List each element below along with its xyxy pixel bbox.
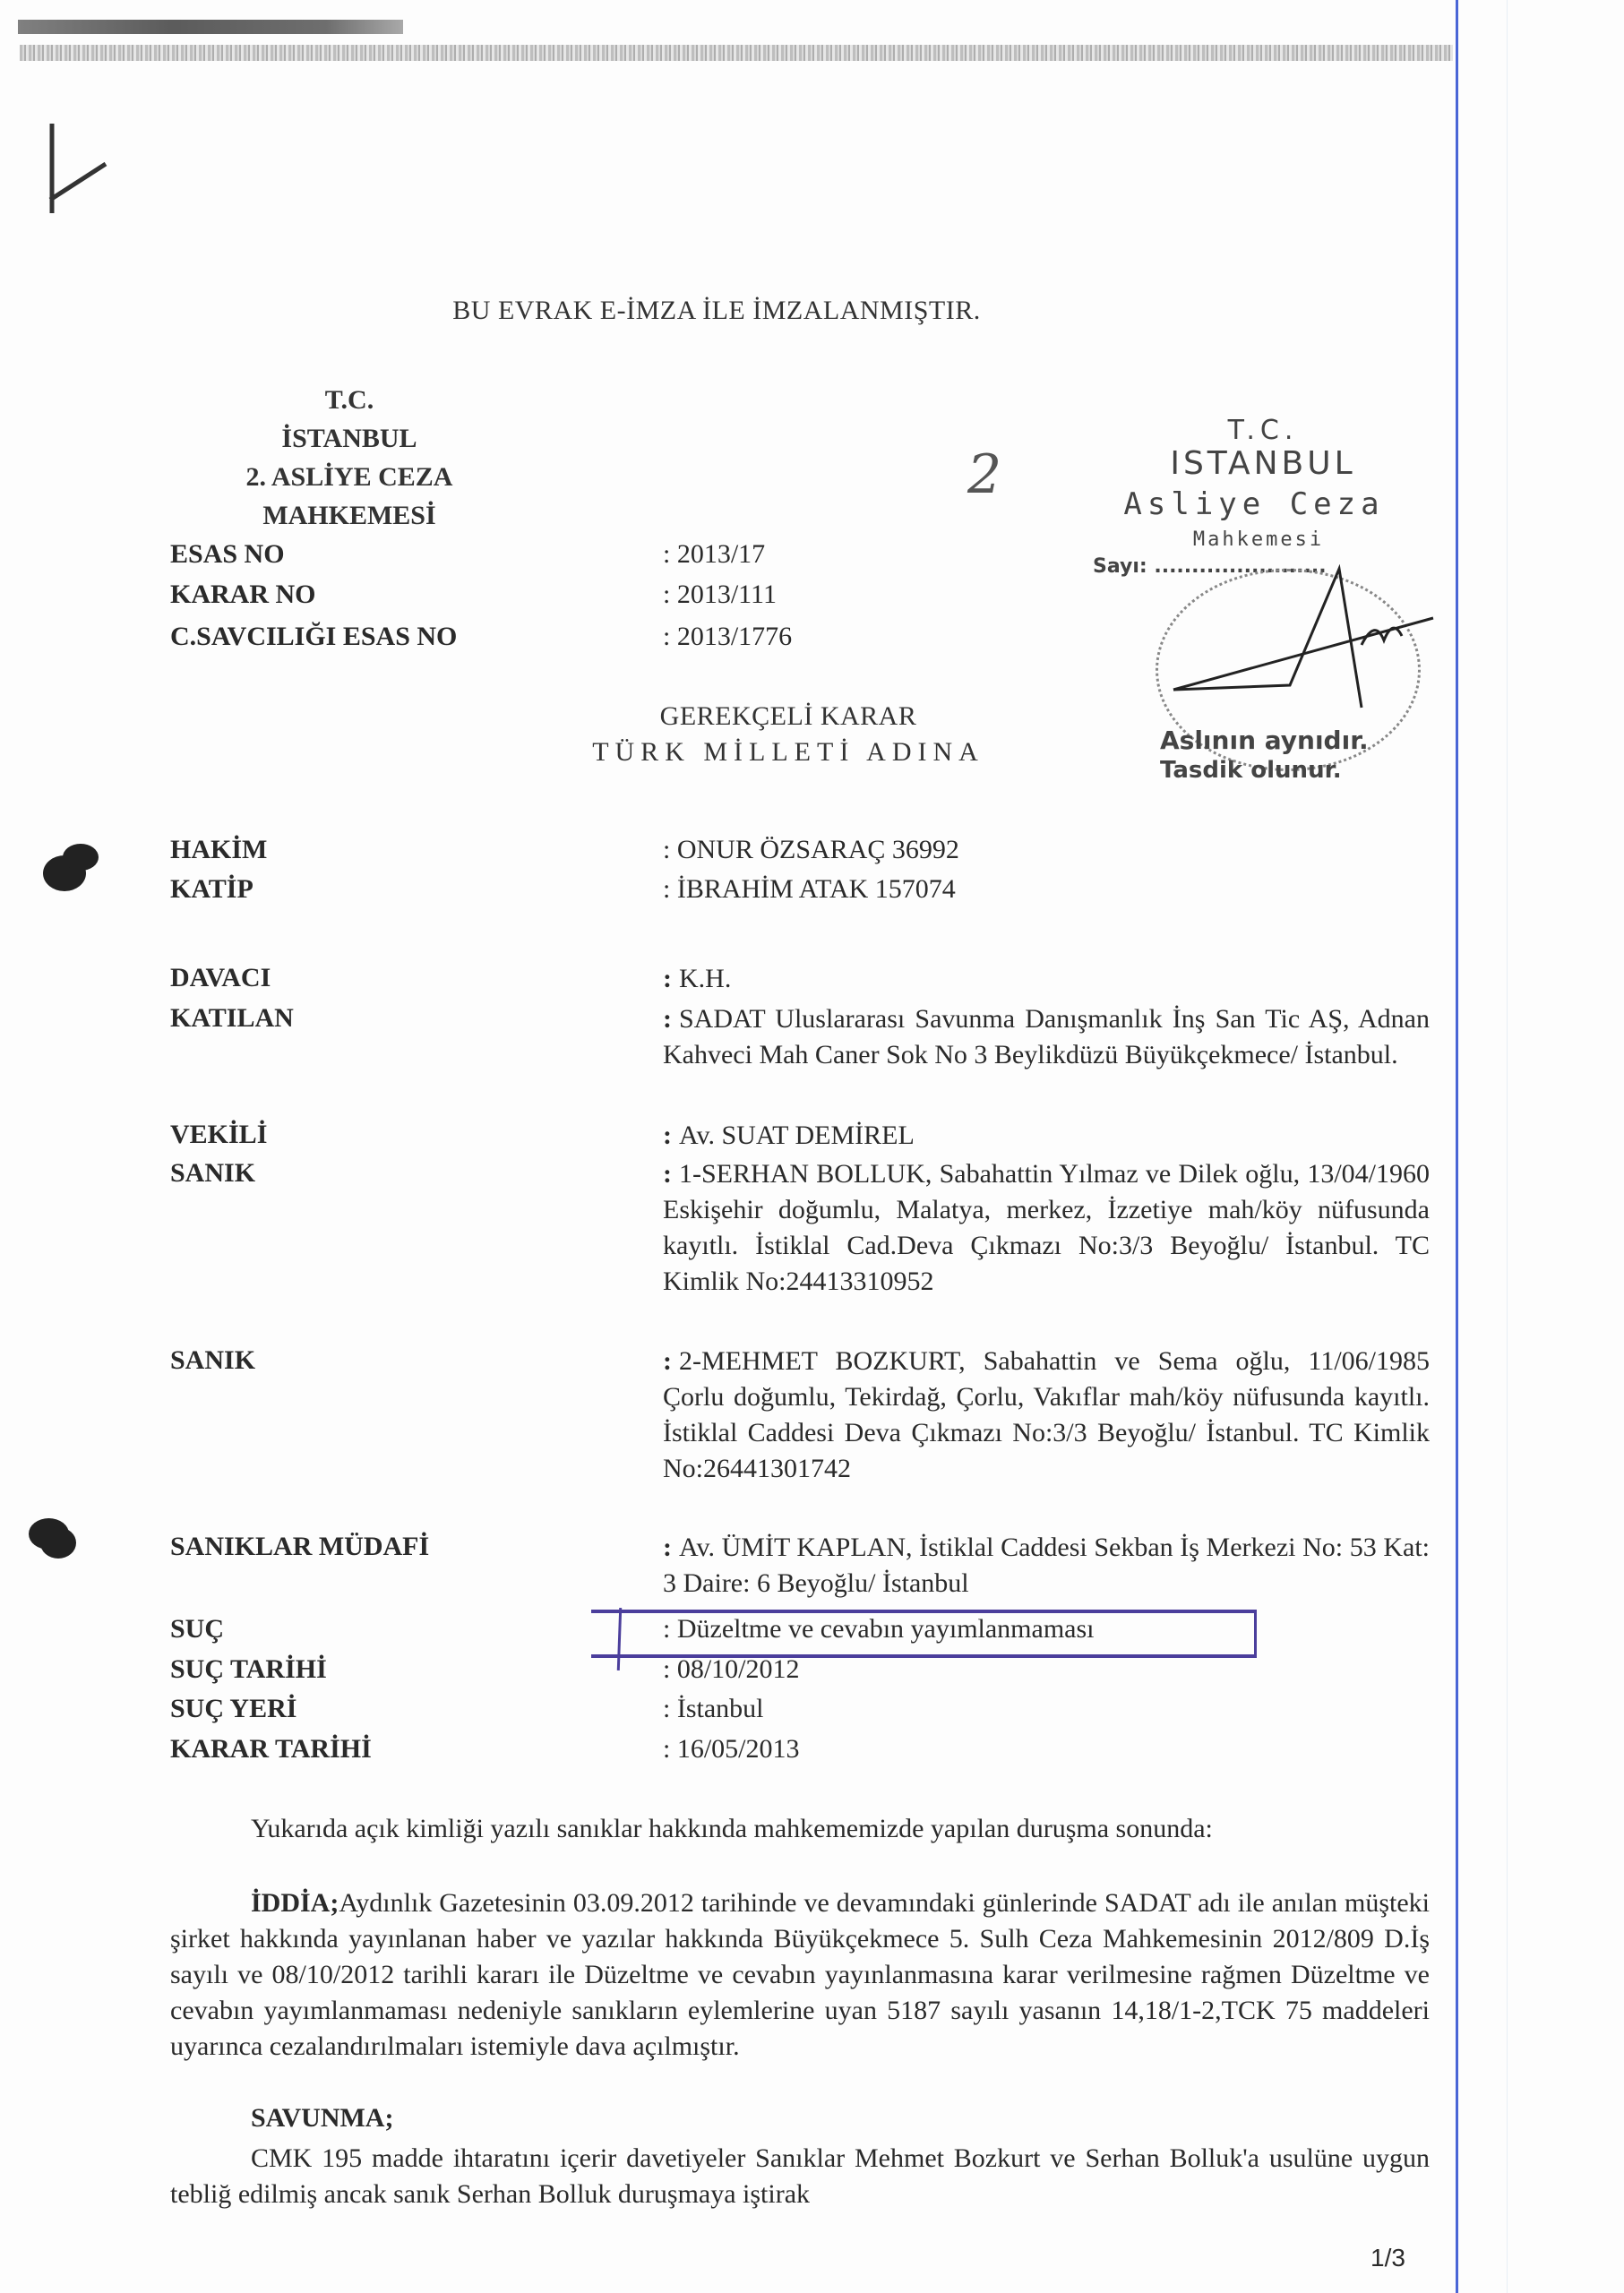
margin-line: [1456, 0, 1458, 2293]
official-label: HAKİM: [170, 831, 267, 869]
official-label: KATİP: [170, 871, 253, 908]
party-value: :2-MEHMET BOZKURT, Sabahattin ve Sema oğ…: [663, 1344, 1430, 1487]
party-label: VEKİLİ: [170, 1120, 267, 1150]
scan-artifact-bar: [18, 20, 403, 34]
e-signature-notice: BU EVRAK E-İMZA İLE İMZALANMIŞTIR.: [269, 296, 1164, 326]
case-value: : 2013/17: [663, 536, 765, 573]
crime-value: : İstanbul: [663, 1690, 764, 1728]
party-label: KATILAN: [170, 1003, 294, 1034]
crime-label: KARAR TARİHİ: [170, 1730, 372, 1768]
crime-value: : 08/10/2012: [663, 1651, 800, 1688]
case-label: ESAS NO: [170, 536, 285, 573]
party-value: :Av. SUAT DEMİREL: [663, 1118, 1430, 1154]
case-value: : 2013/111: [663, 576, 777, 614]
crime-value: : Düzeltme ve cevabın yayımlanmaması: [663, 1610, 1095, 1648]
intro-paragraph: Yukarıda açık kimliği yazılı sanıklar ha…: [170, 1811, 1430, 1847]
court-city: İSTANBUL: [161, 419, 537, 458]
party-label: SANIK: [170, 1158, 255, 1189]
title-line-2: TÜRK MİLLETİ ADINA: [537, 737, 1039, 768]
crime-label: SUÇ TARİHİ: [170, 1651, 327, 1688]
savunma-heading: SAVUNMA;: [170, 2100, 1430, 2136]
party-label: SANIK: [170, 1345, 255, 1376]
crime-label: SUÇ: [170, 1610, 224, 1648]
savunma-paragraph: CMK 195 madde ihtaratını içerir davetiye…: [170, 2141, 1430, 2212]
court-country: T.C.: [161, 381, 537, 419]
stamp-certify-2: Tasdik olunur.: [1160, 757, 1342, 784]
scan-artifact-line: [1507, 0, 1508, 2293]
handwritten-check-icon: [43, 115, 150, 222]
stamp-certify-1: Aslının aynıdır.: [1160, 726, 1369, 755]
stamp-line-1: T.C.: [1173, 415, 1353, 446]
party-label: SANIKLAR MÜDAFİ: [170, 1532, 429, 1562]
party-value: :Av. ÜMİT KAPLAN, İstiklal Caddesi Sekba…: [663, 1530, 1430, 1602]
iddia-paragraph: İDDİA;Aydınlık Gazetesinin 03.09.2012 ta…: [170, 1885, 1430, 2065]
stamp-line-2: ISTANBUL: [1138, 445, 1388, 482]
case-label: KARAR NO: [170, 576, 316, 614]
party-value: :K.H.: [663, 961, 1430, 997]
stamp-line-3: Asliye Ceza: [1084, 486, 1424, 522]
case-label: C.SAVCILIĞI ESAS NO: [170, 618, 457, 656]
crime-value: : 16/05/2013: [663, 1730, 800, 1768]
official-value: : ONUR ÖZSARAÇ 36992: [663, 831, 959, 869]
official-value: : İBRAHİM ATAK 157074: [663, 871, 956, 908]
page-number: 1/3: [1371, 2244, 1405, 2272]
scan-artifact-noise: [20, 45, 1453, 61]
stamp-number: 2: [967, 443, 1001, 506]
party-label: DAVACI: [170, 963, 271, 993]
iddia-heading: İDDİA;: [251, 1888, 339, 1918]
court-heading: T.C. İSTANBUL 2. ASLİYE CEZA MAHKEMESİ: [161, 381, 537, 535]
party-value: :1-SERHAN BOLLUK, Sabahattin Yılmaz ve D…: [663, 1156, 1430, 1300]
title-line-1: GEREKÇELİ KARAR: [537, 701, 1039, 732]
court-name: 2. ASLİYE CEZA MAHKEMESİ: [161, 458, 537, 535]
stamp-line-4: Mahkemesi: [1111, 528, 1406, 551]
punch-hole: [63, 844, 99, 871]
court-stamp: 2 T.C. ISTANBUL Asliye Ceza Mahkemesi Sa…: [1084, 408, 1442, 784]
crime-label: SUÇ YERİ: [170, 1690, 296, 1728]
punch-hole: [40, 1527, 76, 1559]
signature-icon: [1164, 564, 1451, 734]
document-title: GEREKÇELİ KARAR TÜRK MİLLETİ ADINA: [537, 701, 1039, 768]
party-value: :SADAT Uluslararası Savunma Danışmanlık …: [663, 1001, 1430, 1073]
case-value: : 2013/1776: [663, 618, 792, 656]
